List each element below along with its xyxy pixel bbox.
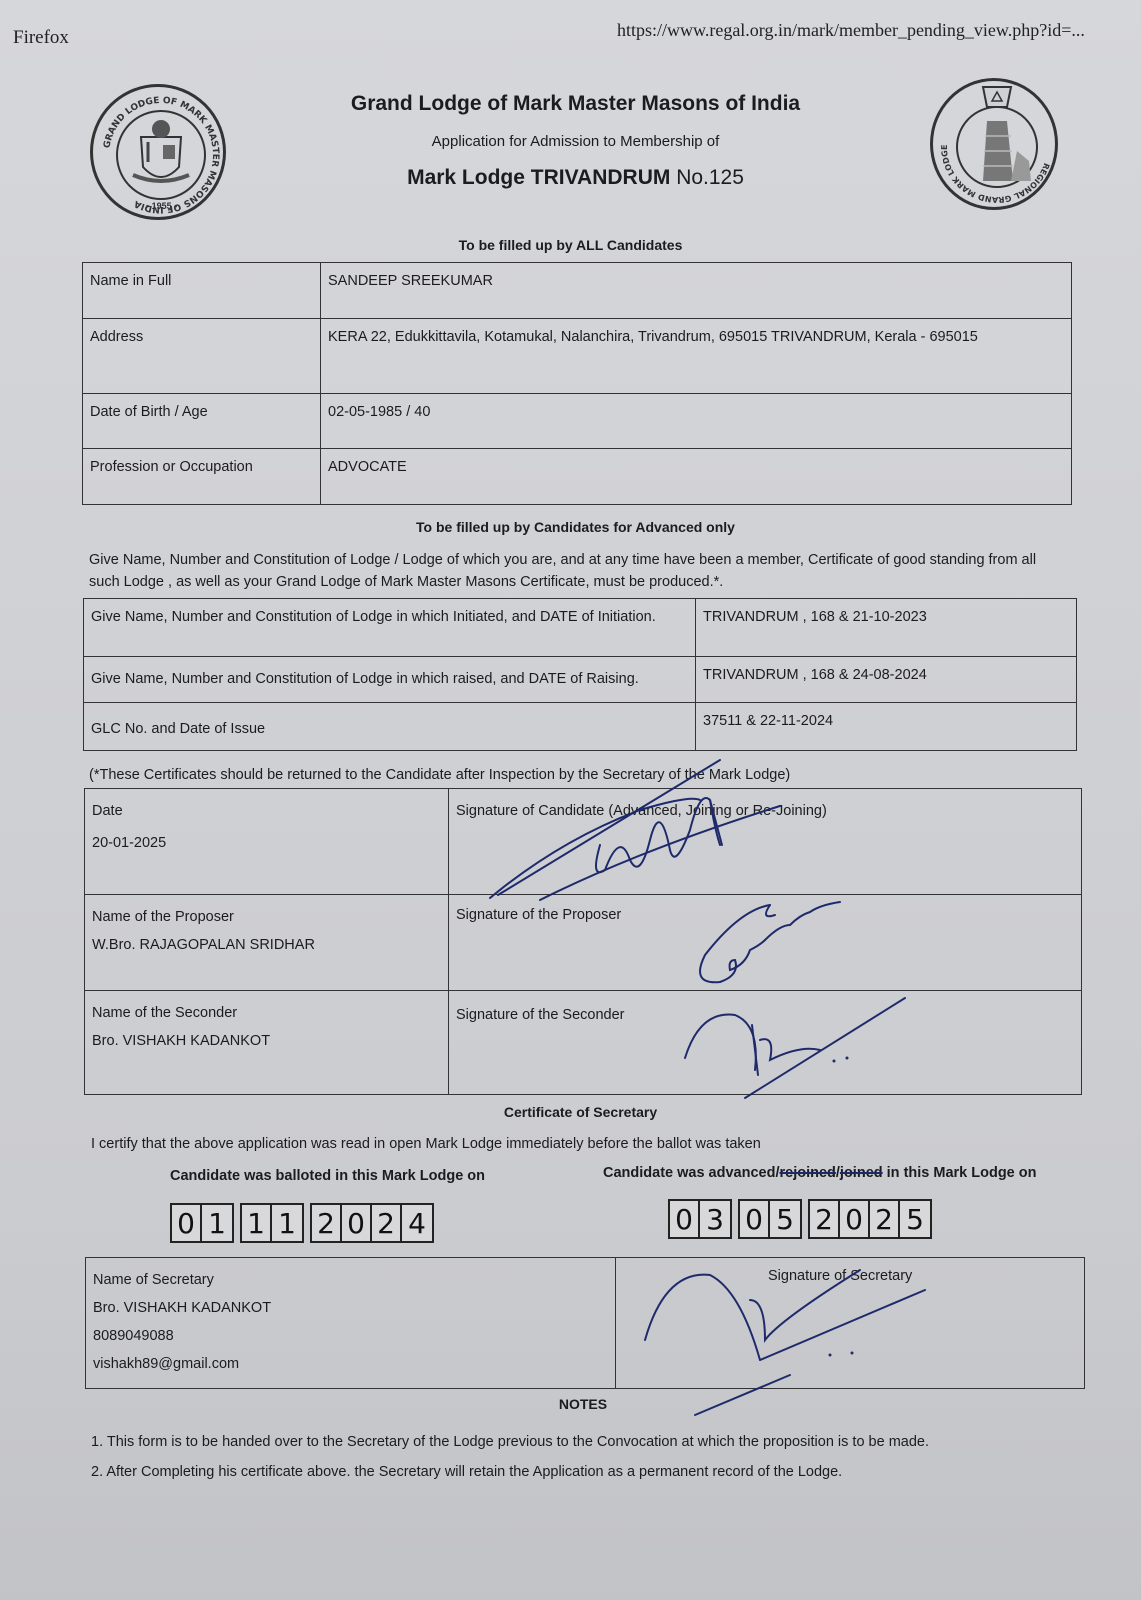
profession-field: ADVOCATE xyxy=(321,449,1072,505)
certificate-statement: I certify that the above application was… xyxy=(91,1133,761,1155)
note-item: 1. This form is to be handed over to the… xyxy=(91,1427,929,1457)
balloted-day: 0 1 xyxy=(170,1203,234,1243)
table-row: GLC No. and Date of Issue 37511 & 22-11-… xyxy=(84,703,1077,751)
secretary-label: Name of Secretary xyxy=(93,1266,608,1294)
proposer-signature-label: Signature of the Proposer xyxy=(449,895,1082,991)
proposer-label: Name of the Proposer xyxy=(92,903,441,931)
table-row: Name of the Seconder Bro. VISHAKH KADANK… xyxy=(85,991,1082,1095)
advanced-details-table: Give Name, Number and Constitution of Lo… xyxy=(83,598,1077,751)
raising-field: TRIVANDRUM , 168 & 24-08-2024 xyxy=(696,657,1077,703)
balloted-month: 1 1 xyxy=(240,1203,304,1243)
table-row: Profession or Occupation ADVOCATE xyxy=(83,449,1072,505)
seconder-label: Name of the Seconder xyxy=(92,999,441,1027)
advanced-date-boxes: 0 3 0 5 2 0 2 5 xyxy=(668,1199,938,1239)
seal-year: • 1955 • xyxy=(146,201,177,211)
date-label: Date xyxy=(92,795,441,827)
table-row: Name of Secretary Bro. VISHAKH KADANKOT … xyxy=(86,1258,1085,1389)
initiation-field: TRIVANDRUM , 168 & 21-10-2023 xyxy=(696,599,1077,657)
field-label: Profession or Occupation xyxy=(83,449,321,505)
candidate-signature-label: Signature of Candidate (Advanced, Joinin… xyxy=(449,789,1082,895)
advanced-year: 2 0 2 5 xyxy=(808,1199,932,1239)
notes-list: 1. This form is to be handed over to the… xyxy=(91,1427,929,1487)
secretary-signature-label: Signature of Secretary xyxy=(616,1258,1085,1389)
table-row: Give Name, Number and Constitution of Lo… xyxy=(84,599,1077,657)
balloted-year: 2 0 2 4 xyxy=(310,1203,434,1243)
table-row: Address KERA 22, Edukkittavila, Kotamuka… xyxy=(83,319,1072,394)
address-field: KERA 22, Edukkittavila, Kotamukal, Nalan… xyxy=(321,319,1072,394)
org-title: Grand Lodge of Mark Master Masons of Ind… xyxy=(0,92,1141,116)
notes-heading: NOTES xyxy=(0,1396,1141,1412)
secretary-table: Name of Secretary Bro. VISHAKH KADANKOT … xyxy=(85,1257,1085,1389)
advanced-label: Candidate was advanced/rejoined/joined i… xyxy=(603,1165,1037,1181)
glc-field: 37511 & 22-11-2024 xyxy=(696,703,1077,751)
name-field: SANDEEP SREEKUMAR xyxy=(321,263,1072,319)
table-row: Date of Birth / Age 02-05-1985 / 40 xyxy=(83,394,1072,449)
secretary-phone: 8089049088 xyxy=(93,1322,608,1350)
balloted-label: Candidate was balloted in this Mark Lodg… xyxy=(170,1168,485,1184)
certificates-footnote: (*These Certificates should be returned … xyxy=(89,764,790,786)
section-advanced-heading: To be filled up by Candidates for Advanc… xyxy=(0,519,1141,535)
lodge-name: Mark Lodge TRIVANDRUM xyxy=(407,166,670,189)
advanced-month: 0 5 xyxy=(738,1199,802,1239)
table-row: Give Name, Number and Constitution of Lo… xyxy=(84,657,1077,703)
balloted-date-boxes: 0 1 1 1 2 0 2 4 xyxy=(170,1203,440,1243)
field-label: Date of Birth / Age xyxy=(83,394,321,449)
table-row: Date 20-01-2025 Signature of Candidate (… xyxy=(85,789,1082,895)
section-all-heading: To be filled up by ALL Candidates xyxy=(0,237,1141,253)
struck-rejoined: rejoined xyxy=(779,1165,835,1181)
form-subtitle: Application for Admission to Membership … xyxy=(0,133,1141,150)
advanced-instruction: Give Name, Number and Constitution of Lo… xyxy=(89,549,1064,593)
dob-age-field: 02-05-1985 / 40 xyxy=(321,394,1072,449)
page-url: https://www.regal.org.in/mark/member_pen… xyxy=(617,20,1085,41)
date-value: 20-01-2025 xyxy=(92,827,441,859)
advanced-day: 0 3 xyxy=(668,1199,732,1239)
browser-name: Firefox xyxy=(13,27,69,49)
proposer-name: W.Bro. RAJAGOPALAN SRIDHAR xyxy=(92,931,441,959)
field-label: Address xyxy=(83,319,321,394)
struck-joined: joined xyxy=(840,1165,883,1181)
secretary-email: vishakh89@gmail.com xyxy=(93,1350,608,1378)
field-label: Name in Full xyxy=(83,263,321,319)
seconder-name: Bro. VISHAKH KADANKOT xyxy=(92,1027,441,1055)
note-item: 2. After Completing his certificate abov… xyxy=(91,1457,929,1487)
signatures-table: Date 20-01-2025 Signature of Candidate (… xyxy=(84,788,1082,1095)
field-label: Give Name, Number and Constitution of Lo… xyxy=(84,599,696,657)
lodge-title: Mark Lodge TRIVANDRUM No.125 xyxy=(0,166,1141,190)
secretary-name: Bro. VISHAKH KADANKOT xyxy=(93,1294,608,1322)
table-row: Name of the Proposer W.Bro. RAJAGOPALAN … xyxy=(85,895,1082,991)
lodge-number: No.125 xyxy=(676,166,744,189)
candidate-details-table: Name in Full SANDEEP SREEKUMAR Address K… xyxy=(82,262,1072,505)
table-row: Name in Full SANDEEP SREEKUMAR xyxy=(83,263,1072,319)
field-label: GLC No. and Date of Issue xyxy=(84,703,696,751)
seconder-signature-label: Signature of the Seconder xyxy=(449,991,1082,1095)
field-label: Give Name, Number and Constitution of Lo… xyxy=(84,657,696,703)
certificate-heading: Certificate of Secretary xyxy=(0,1104,1141,1120)
